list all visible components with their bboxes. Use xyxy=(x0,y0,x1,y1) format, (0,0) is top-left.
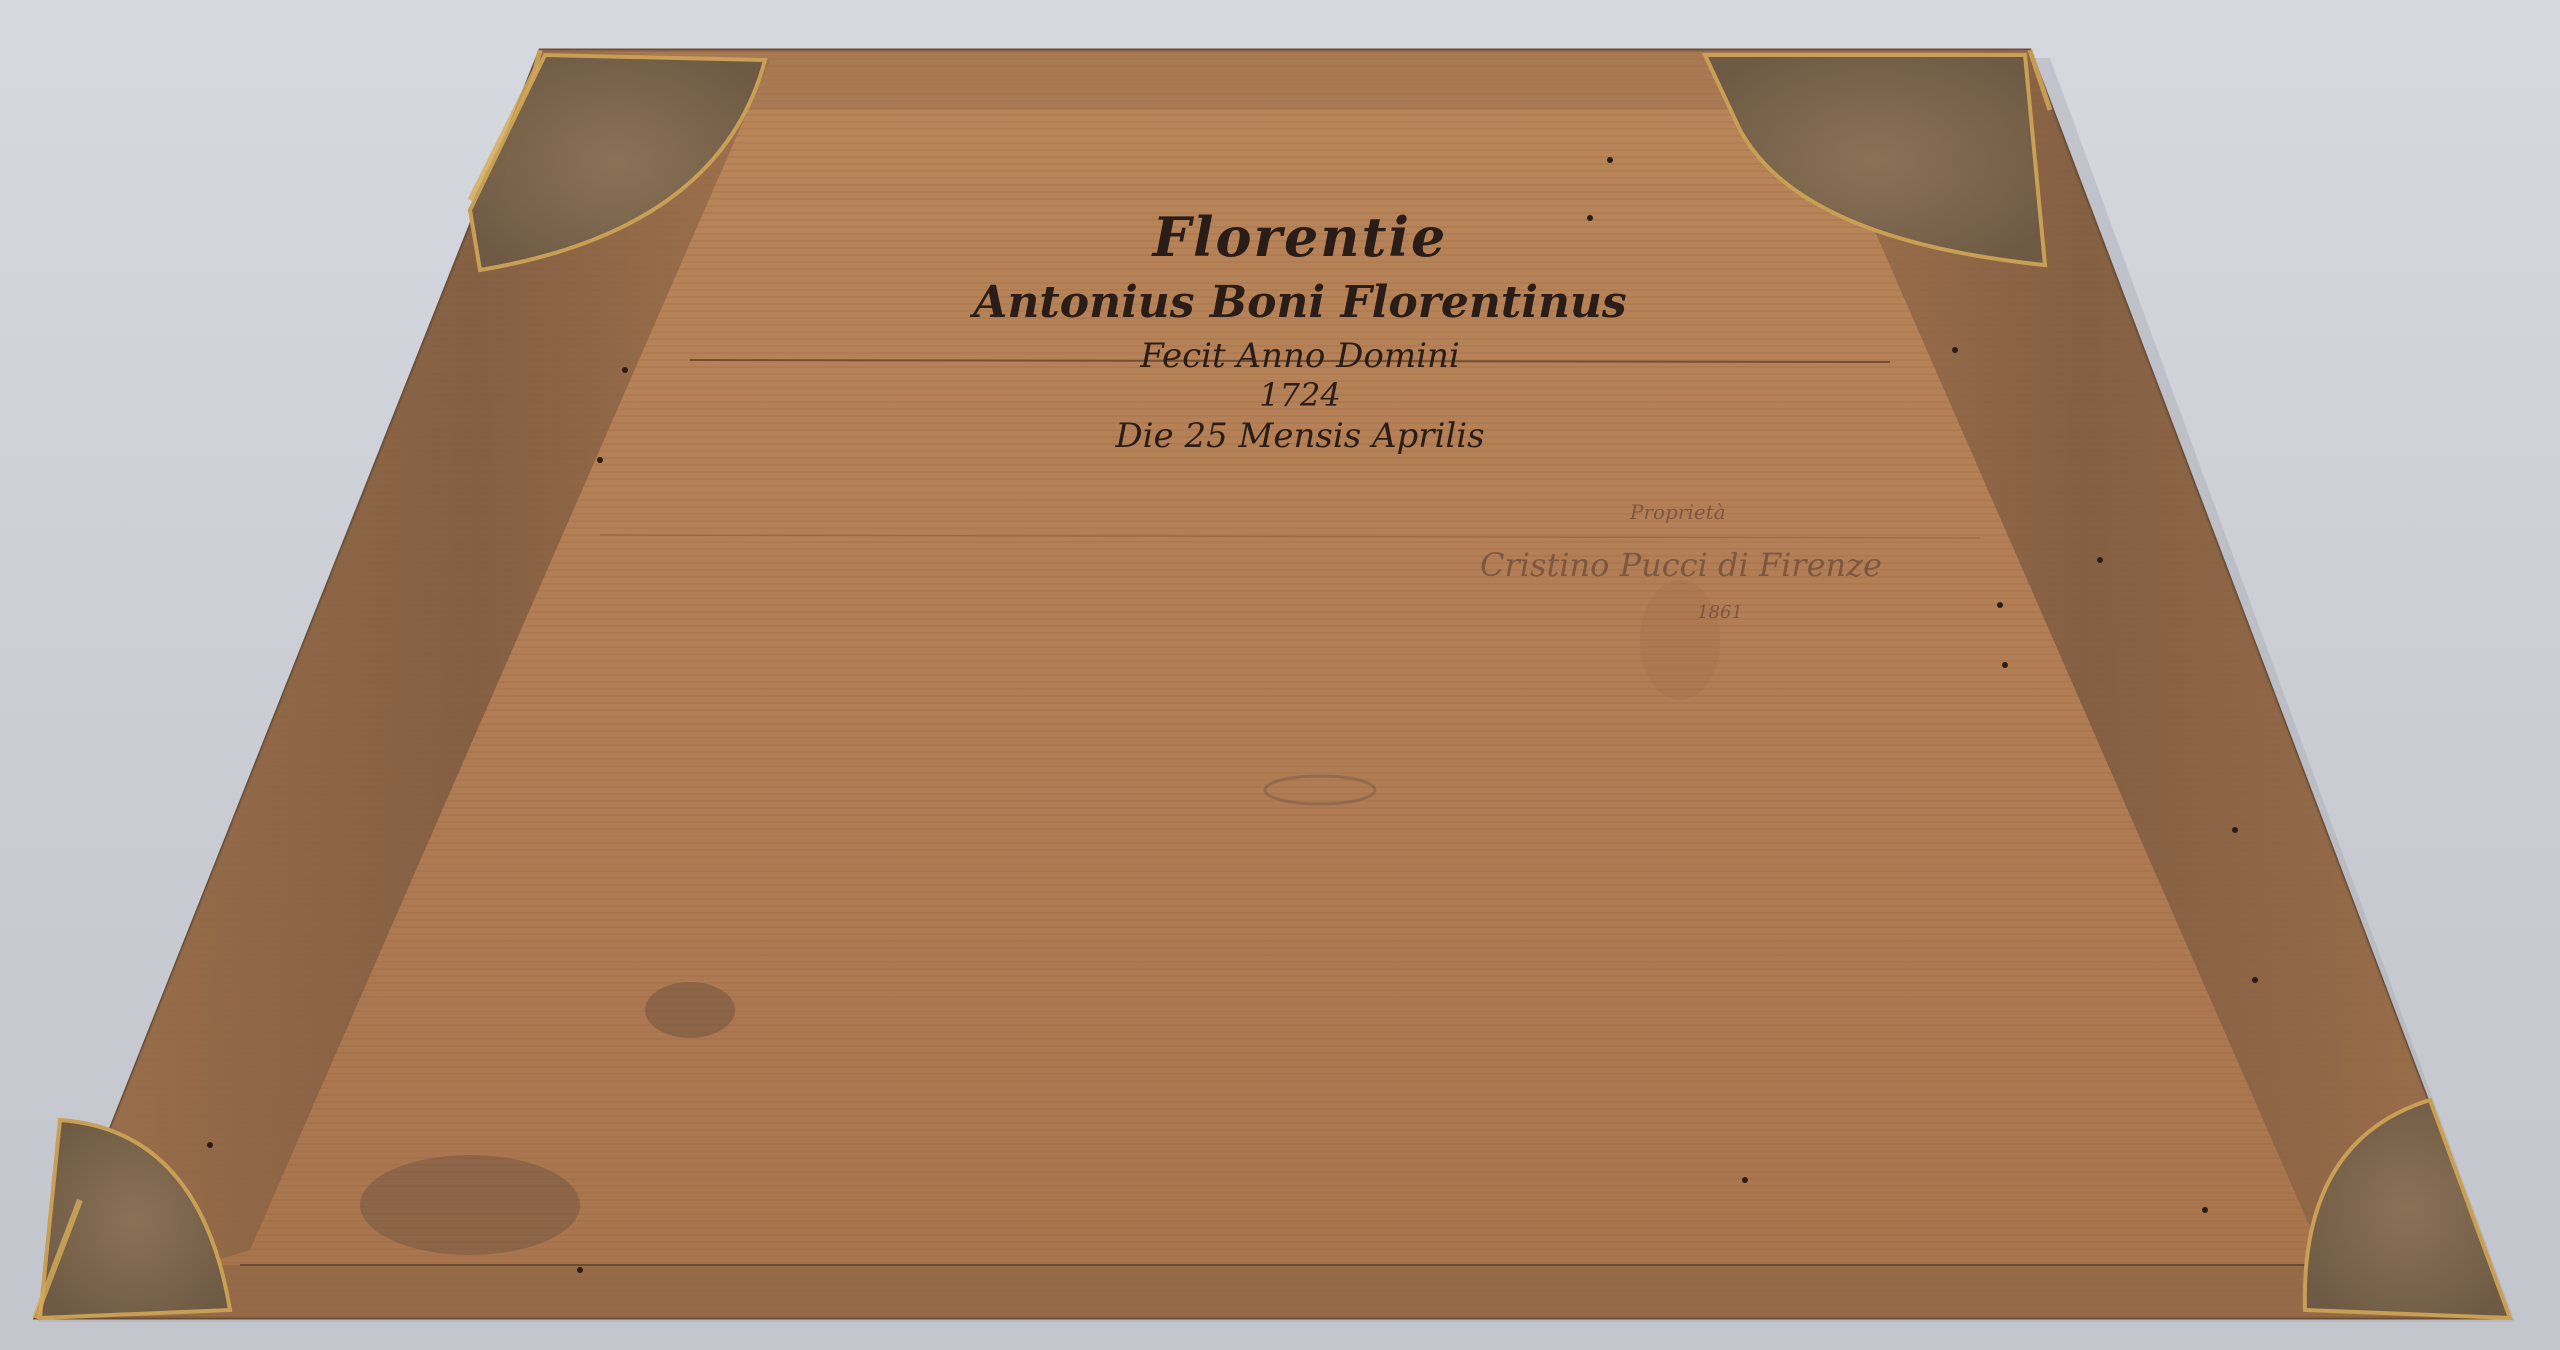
ownership-inscription: Proprietà Cristino Pucci di Firenze 1861 xyxy=(1480,500,1960,623)
ownership-name: Cristino Pucci di Firenze xyxy=(1480,546,1960,584)
maker-inscription: Florentie Antonius Boni Florentinus Feci… xyxy=(950,205,1650,456)
photo-scene: Florentie Antonius Boni Florentinus Feci… xyxy=(0,0,2560,1350)
inscription-year: 1724 xyxy=(950,376,1650,414)
ownership-label: Proprietà xyxy=(1630,500,1960,524)
ownership-year: 1861 xyxy=(1480,602,1960,623)
inscription-date: Die 25 Mensis Aprilis xyxy=(950,416,1650,456)
inscription-fecit: Fecit Anno Domini xyxy=(950,336,1650,376)
inscription-city: Florentie xyxy=(950,205,1650,269)
inscription-maker: Antonius Boni Florentinus xyxy=(950,277,1650,328)
wooden-frame-back xyxy=(0,0,2560,1350)
